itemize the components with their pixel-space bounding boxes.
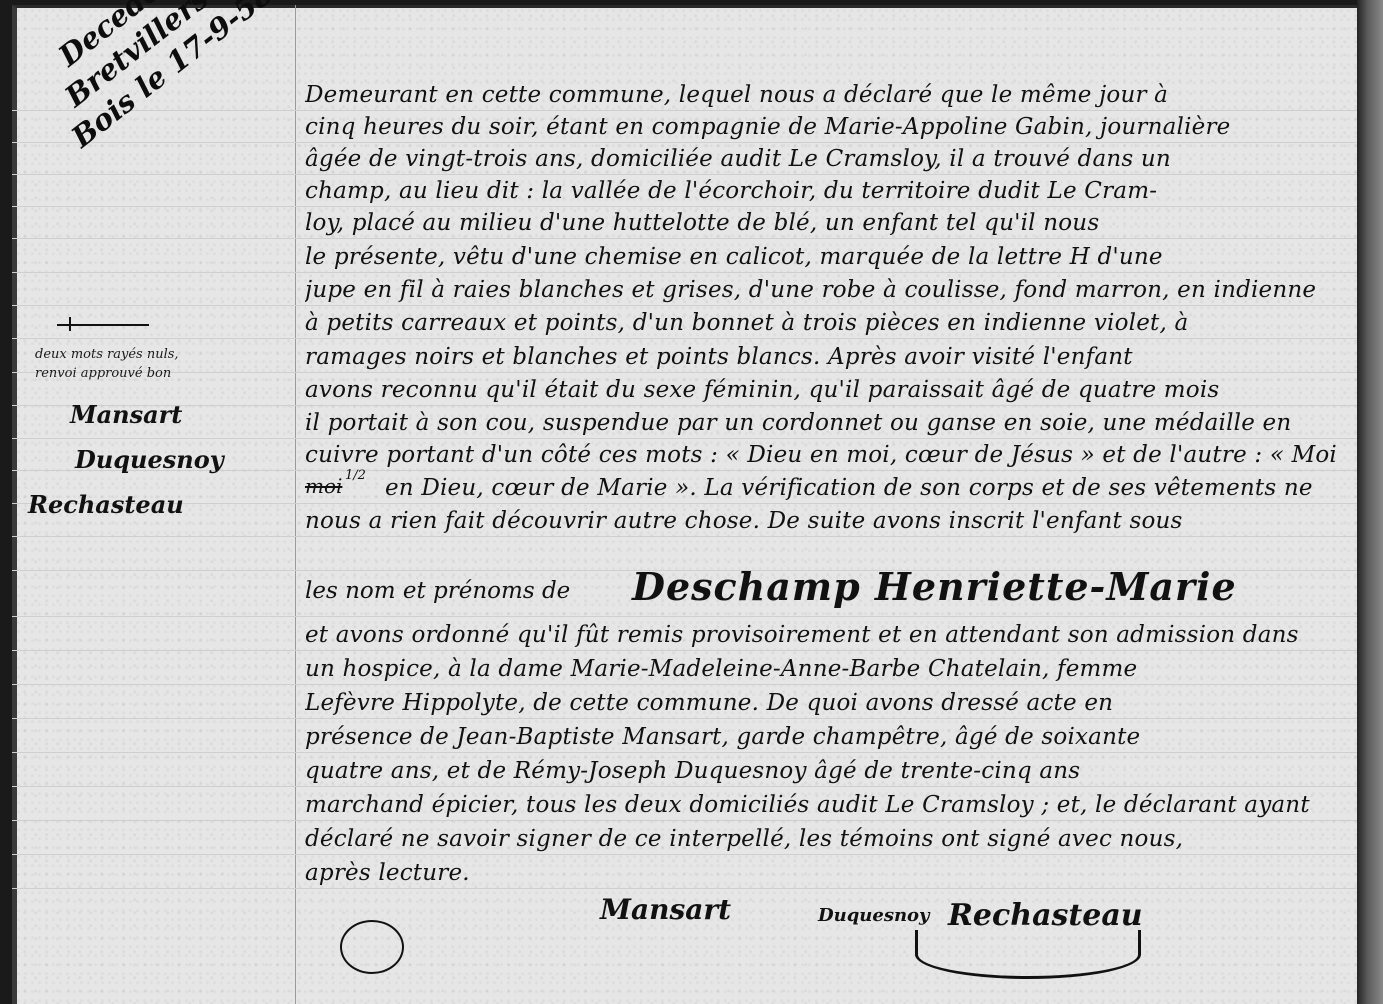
ruled-line: [12, 820, 1357, 821]
renvoi-mark: 1/2: [345, 468, 366, 483]
signature-mansart: Mansart: [600, 893, 731, 926]
margin-signature-rechasteau: Rechasteau: [28, 490, 184, 519]
ruled-line: [12, 405, 1357, 406]
ruled-line: [12, 142, 1357, 143]
ruled-line: [12, 503, 1357, 504]
body-line: il portait à son cou, suspendue par un c…: [305, 410, 1350, 436]
ruled-line: [12, 536, 1357, 537]
body-line: nous a rien fait découvrir autre chose. …: [305, 508, 1350, 534]
body-line: le présente, vêtu d'une chemise en calic…: [305, 244, 1350, 270]
margin-note-line: renvoi approuvé bon: [35, 364, 179, 383]
ruled-line: [12, 888, 1357, 889]
signature-duquesnoy: Duquesnoy: [818, 905, 930, 926]
body-line: et avons ordonné qu'il fût remis proviso…: [305, 622, 1350, 648]
body-line: jupe en fil à raies blanches et grises, …: [305, 277, 1350, 303]
body-line: quatre ans, et de Rémy-Joseph Duquesnoy …: [305, 758, 1350, 784]
body-line: en Dieu, cœur de Marie ». La vérificatio…: [385, 475, 1350, 501]
body-line: loy, placé au milieu d'une huttelotte de…: [305, 210, 1350, 236]
margin-signature-mansart: Mansart: [70, 400, 182, 429]
ruled-line: [12, 338, 1357, 339]
body-line: présence de Jean-Baptiste Mansart, garde…: [305, 724, 1350, 750]
ruled-line: [12, 305, 1357, 306]
signature-underline-flourish: [915, 930, 1141, 979]
body-line: un hospice, à la dame Marie-Madeleine-An…: [305, 656, 1350, 682]
margin-renvoi-note: deux mots rayés nuls, renvoi approuvé bo…: [35, 345, 179, 383]
ruled-line: [12, 272, 1357, 273]
child-name: Deschamp Henriette-Marie: [632, 564, 1237, 609]
body-line: Lefèvre Hippolyte, de cette commune. De …: [305, 690, 1350, 716]
body-line: ramages noirs et blanches et points blan…: [305, 344, 1350, 370]
ruled-line: [12, 174, 1357, 175]
ruled-line: [12, 786, 1357, 787]
body-line: champ, au lieu dit : la vallée de l'écor…: [305, 178, 1350, 204]
body-line: à petits carreaux et points, d'un bonnet…: [305, 310, 1350, 336]
ruled-line: [12, 372, 1357, 373]
margin-signature-duquesnoy: Duquesnoy: [75, 445, 224, 474]
ruled-line: [12, 238, 1357, 239]
body-line: avons reconnu qu'il était du sexe fémini…: [305, 377, 1350, 403]
ruled-line: [12, 752, 1357, 753]
ruled-line: [12, 438, 1357, 439]
body-line: déclaré ne savoir signer de ce interpell…: [305, 826, 1350, 852]
ruled-line: [12, 206, 1357, 207]
ruled-line: [12, 110, 1357, 111]
book-binding-edge: [1357, 0, 1383, 1004]
paraph-flourish: [340, 920, 404, 974]
naming-prefix: les nom et prénoms de: [305, 578, 570, 604]
body-line: Demeurant en cette commune, lequel nous …: [305, 82, 1350, 108]
ruled-line: [12, 854, 1357, 855]
margin-note-line: deux mots rayés nuls,: [35, 345, 179, 364]
renvoi-cross-mark: [57, 324, 149, 326]
body-line: cinq heures du soir, étant en compagnie …: [305, 114, 1350, 140]
ruled-line: [12, 684, 1357, 685]
body-line: âgée de vingt-trois ans, domiciliée audi…: [305, 146, 1350, 172]
ruled-line: [12, 650, 1357, 651]
struck-word: moi: [305, 474, 342, 498]
body-line: après lecture.: [305, 860, 1350, 886]
body-line: marchand épicier, tous les deux domicili…: [305, 792, 1350, 818]
signature-rechasteau: Rechasteau: [948, 898, 1143, 933]
body-line: cuivre portant d'un côté ces mots : « Di…: [305, 442, 1350, 468]
ruled-line: [12, 718, 1357, 719]
ruled-line: [12, 616, 1357, 617]
